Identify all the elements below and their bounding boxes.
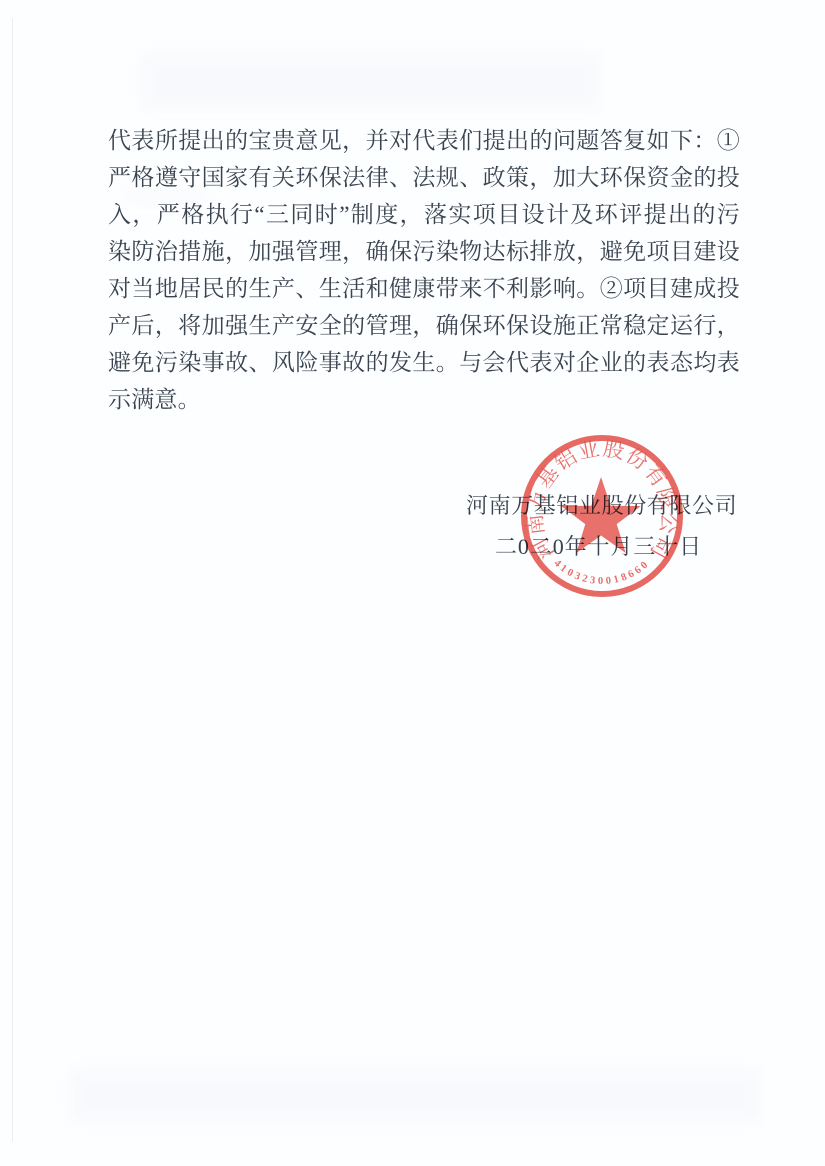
body-line: 避免污染事故、风险事故的发生。与会代表对企业的表态均表 [108,344,740,381]
body-line: 对当地居民的生产、生活和健康带来不利影响。②项目建成投 [108,270,740,307]
body-line: 入，严格执行“三同时”制度，落实项目设计及环评提出的污 [108,196,740,233]
signature-company-name: 河南万基铝业股份有限公司 [466,489,737,520]
body-text-block: 代表所提出的宝贵意见，并对代表们提出的问题答复如下：① 严格遵守国家有关环保法律… [108,122,740,418]
document-page: 代表所提出的宝贵意见，并对代表们提出的问题答复如下：① 严格遵守国家有关环保法律… [0,0,825,1166]
bleed-through-ghost [70,1068,760,1123]
body-line: 代表所提出的宝贵意见，并对代表们提出的问题答复如下：① [108,122,740,159]
body-line: 染防治措施，加强管理，确保污染物达标排放，避免项目建设 [108,233,740,270]
scan-edge-artifact [12,18,13,1142]
body-line: 严格遵守国家有关环保法律、法规、政策，加大环保资金的投 [108,159,740,196]
bleed-through-ghost [140,52,600,110]
body-line: 产后，将加强生产安全的管理，确保环保设施正常稳定运行， [108,307,740,344]
body-line: 示满意。 [108,381,740,418]
signature-date: 二0二0年十月三十日 [495,530,702,561]
